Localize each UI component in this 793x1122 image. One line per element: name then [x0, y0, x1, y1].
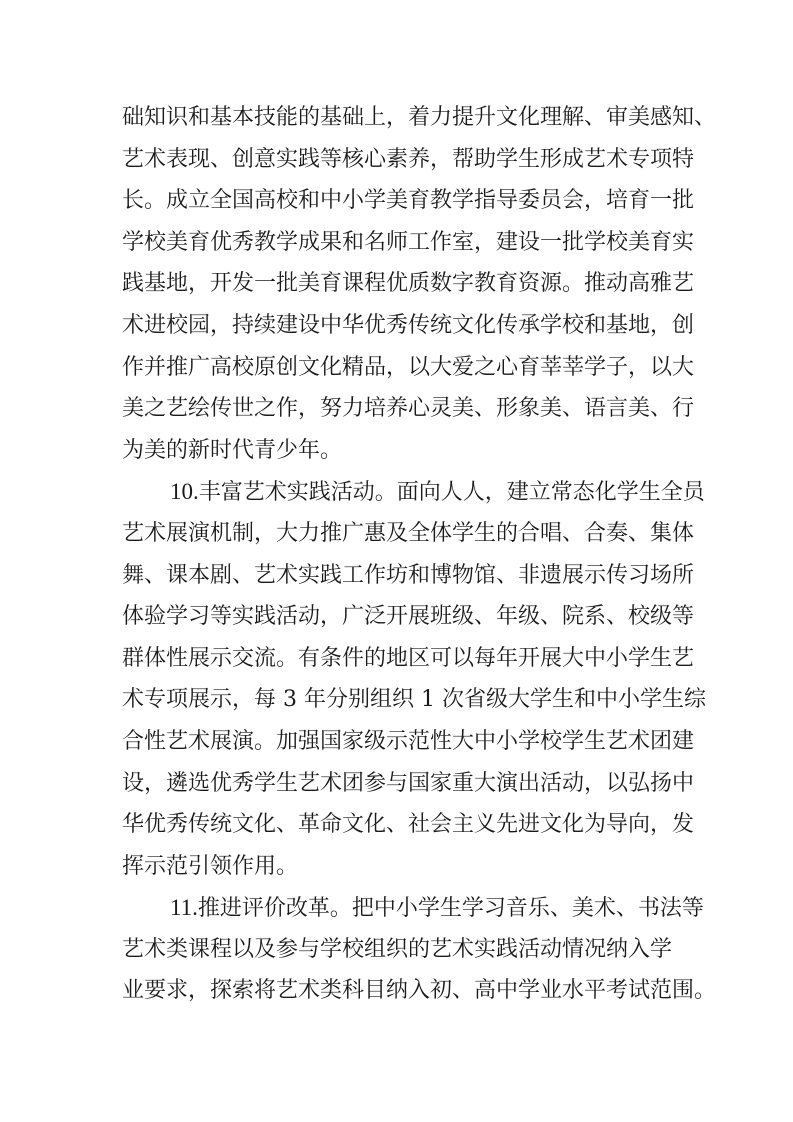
body-text: 础知识和基本技能的基础上，着力提升文化理解、审美感知、 艺术表现、创意实践等核心… [122, 97, 674, 1012]
paragraph-10: 10.丰富艺术实践活动。面向人人，建立常态化学生全员 艺术展演机制，大力推广惠及… [122, 471, 674, 887]
text-line: 华优秀传统文化、革命文化、社会主义先进文化为导向，发 [122, 804, 674, 846]
text-line: 长。成立全国高校和中小学美育教学指导委员会，培育一批 [122, 180, 674, 222]
text-line: 艺术表现、创意实践等核心素养，帮助学生形成艺术专项特 [122, 139, 674, 181]
text-line: 学校美育优秀教学成果和名师工作室，建设一批学校美育实 [122, 222, 674, 264]
text-line: 艺术展演机制，大力推广惠及全体学生的合唱、合奏、集体 [122, 513, 674, 555]
text-line: 体验学习等实践活动，广泛开展班级、年级、院系、校级等 [122, 596, 674, 638]
item-number: 10. [170, 479, 199, 504]
item-heading-line: 推进评价改革。把中小学生学习音乐、美术、书法等 [198, 896, 704, 921]
text-line: 美之艺绘传世之作，努力培养心灵美、形象美、语言美、行 [122, 388, 674, 430]
text-line: 舞、课本剧、艺术实践工作坊和博物馆、非遗展示传习场所 [122, 555, 674, 597]
text-line: 合性艺术展演。加强国家级示范性大中小学校学生艺术团建 [122, 721, 674, 763]
paragraph-11: 11.推进评价改革。把中小学生学习音乐、美术、书法等 艺术类课程以及参与学校组织… [122, 887, 674, 1012]
item-heading-line: 丰富艺术实践活动。面向人人，建立常态化学生全员 [199, 480, 705, 505]
text-line: 艺术类课程以及参与学校组织的艺术实践活动情况纳入学 [122, 929, 674, 971]
text-line: 践基地，开发一批美育课程优质数字教育资源。推动高雅艺 [122, 263, 674, 305]
text-line: 挥示范引领作用。 [122, 846, 674, 888]
text-line: 础知识和基本技能的基础上，着力提升文化理解、审美感知、 [122, 97, 674, 139]
text-line: 业要求，探索将艺术类科目纳入初、高中学业水平考试范围。 [122, 970, 674, 1012]
text-line: 作并推广高校原创文化精品，以大爱之心育莘莘学子，以大 [122, 347, 674, 389]
document-page: 础知识和基本技能的基础上，着力提升文化理解、审美感知、 艺术表现、创意实践等核心… [0, 0, 793, 1122]
text-line: 术进校园，持续建设中华优秀传统文化传承学校和基地，创 [122, 305, 674, 347]
text-line: 术专项展示，每 3 年分别组织 1 次省级大学生和中小学生综 [122, 679, 674, 721]
text-line: 11.推进评价改革。把中小学生学习音乐、美术、书法等 [122, 887, 674, 929]
text-line: 10.丰富艺术实践活动。面向人人，建立常态化学生全员 [122, 471, 674, 513]
item-number: 11. [170, 895, 198, 920]
paragraph-continued: 础知识和基本技能的基础上，着力提升文化理解、审美感知、 艺术表现、创意实践等核心… [122, 97, 674, 471]
text-line: 为美的新时代青少年。 [122, 430, 674, 472]
text-line: 群体性展示交流。有条件的地区可以每年开展大中小学生艺 [122, 638, 674, 680]
text-line: 设，遴选优秀学生艺术团参与国家重大演出活动，以弘扬中 [122, 763, 674, 805]
